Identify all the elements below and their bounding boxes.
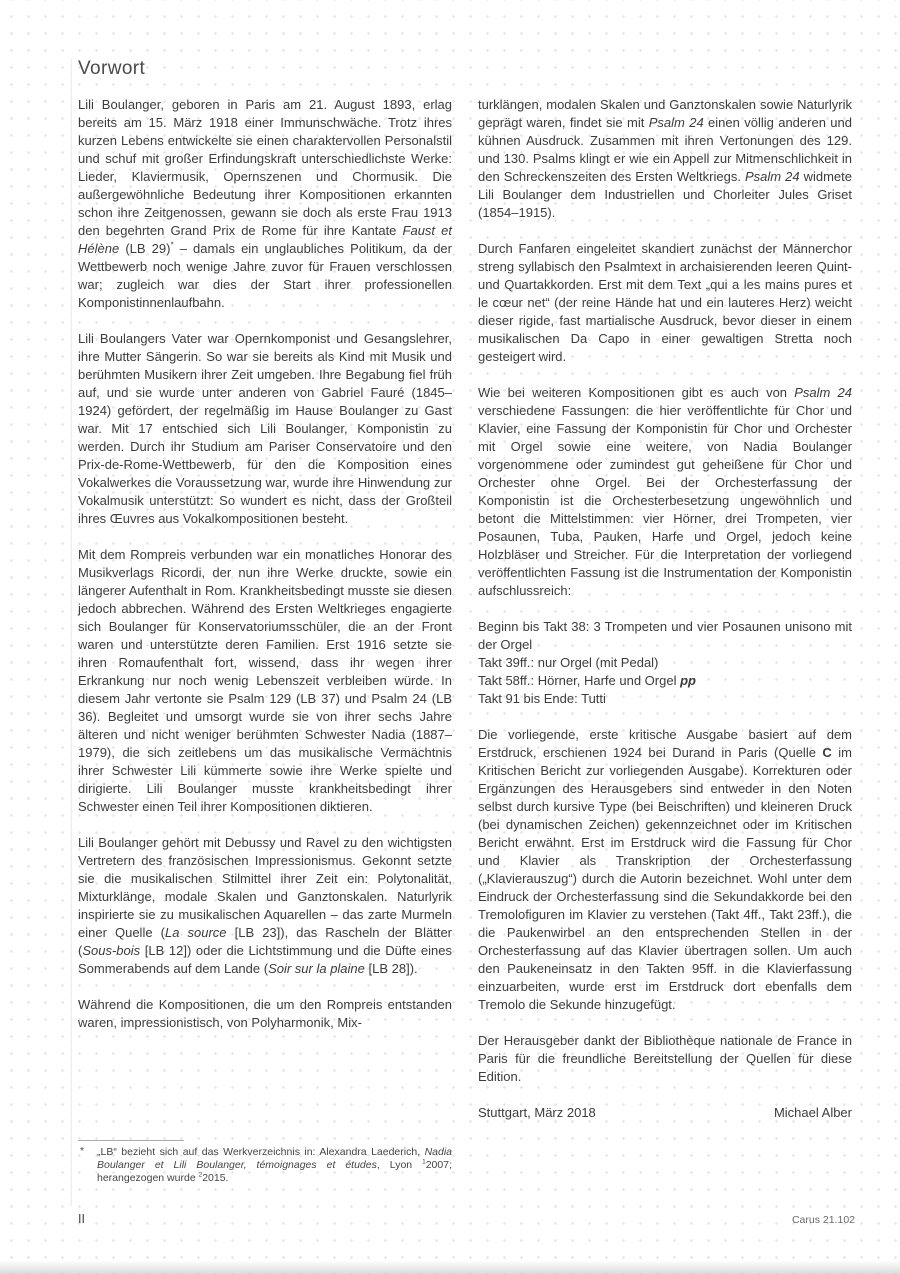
instrumentation-line-3: Takt 58ff.: Hörner, Harfe und Orgel pp bbox=[478, 672, 852, 690]
text-segment: C bbox=[822, 745, 831, 760]
text-segment: „LB“ bezieht sich auf das Werkverzeichni… bbox=[97, 1146, 425, 1158]
left-column: Lili Boulanger, geboren in Paris am 21. … bbox=[78, 96, 452, 1050]
text-segment: La source bbox=[165, 925, 227, 940]
footnote: * „LB“ bezieht sich auf das Werkverzeich… bbox=[78, 1146, 452, 1185]
text-segment: Beginn bis Takt 38: 3 Trompeten und vier… bbox=[478, 619, 852, 652]
paragraph-psalm24: turklängen, modalen Skalen und Ganztonsk… bbox=[478, 96, 852, 222]
paragraph-fassungen: Wie bei weiteren Kompositionen gibt es a… bbox=[478, 384, 852, 600]
footnote-text: „LB“ bezieht sich auf das Werkverzeichni… bbox=[78, 1146, 452, 1185]
text-segment: Wie bei weiteren Kompositionen gibt es a… bbox=[478, 385, 794, 400]
paragraph-fanfaren: Durch Fanfaren eingeleitet skandiert zun… bbox=[478, 240, 852, 366]
paragraph-stil: Lili Boulanger gehört mit Debussy und Ra… bbox=[78, 834, 452, 978]
text-segment: Takt 91 bis Ende: Tutti bbox=[478, 691, 606, 706]
text-segment: Takt 58ff.: Hörner, Harfe und Orgel bbox=[478, 673, 680, 688]
edition-number: Carus 21.102 bbox=[792, 1214, 855, 1226]
text-segment: Psalm 24 bbox=[649, 115, 704, 130]
footnote-divider bbox=[78, 1140, 184, 1141]
text-segment: Mit dem Rompreis verbunden war ein monat… bbox=[78, 547, 452, 814]
paragraph-bio-1: Lili Boulanger, geboren in Paris am 21. … bbox=[78, 96, 452, 312]
text-segment: Der Herausgeber dankt der Bibliothèque n… bbox=[478, 1033, 852, 1084]
footnote-marker: * bbox=[80, 1145, 84, 1158]
document-page: Vorwort Lili Boulanger, geboren in Paris… bbox=[0, 0, 900, 1274]
scan-crease-line bbox=[71, 60, 72, 1205]
text-segment: [LB 28]). bbox=[365, 961, 418, 976]
text-segment: pp bbox=[680, 673, 696, 688]
text-segment: Die vorliegende, erste kritische Ausgabe… bbox=[478, 727, 852, 760]
signature-row: Stuttgart, März 2018 Michael Alber bbox=[478, 1104, 852, 1122]
text-segment: , Lyon bbox=[377, 1159, 422, 1171]
page-footer: II Carus 21.102 bbox=[78, 1212, 855, 1226]
text-segment: 2015. bbox=[202, 1172, 228, 1184]
paragraph-ueberleitung: Während die Kompositionen, die um den Ro… bbox=[78, 996, 452, 1032]
text-segment: Sous-bois bbox=[82, 943, 140, 958]
page-title: Vorwort bbox=[78, 58, 145, 80]
instrumentation-line-2: Takt 39ff.: nur Orgel (mit Pedal) bbox=[478, 654, 852, 672]
signature-editor: Michael Alber bbox=[774, 1104, 852, 1122]
page-number: II bbox=[78, 1212, 85, 1226]
text-segment: Durch Fanfaren eingeleitet skandiert zun… bbox=[478, 241, 852, 364]
instrumentation-line-4: Takt 91 bis Ende: Tutti bbox=[478, 690, 852, 708]
paragraph-bio-2: Lili Boulangers Vater war Opernkomponist… bbox=[78, 330, 452, 528]
text-segment: Lili Boulanger, geboren in Paris am 21. … bbox=[78, 97, 452, 238]
text-segment: Soir sur la plaine bbox=[268, 961, 365, 976]
text-segment: Takt 39ff.: nur Orgel (mit Pedal) bbox=[478, 655, 658, 670]
text-segment: im Kritischen Bericht zur vorliegenden A… bbox=[478, 745, 852, 1012]
text-segment: Psalm 24 bbox=[745, 169, 800, 184]
paragraph-bio-3: Mit dem Rompreis verbunden war ein monat… bbox=[78, 546, 452, 816]
paragraph-dank: Der Herausgeber dankt der Bibliothèque n… bbox=[478, 1032, 852, 1086]
instrumentation-line-1: Beginn bis Takt 38: 3 Trompeten und vier… bbox=[478, 618, 852, 654]
text-segment: verschiedene Fassungen: die hier veröffe… bbox=[478, 403, 852, 598]
paragraph-edition: Die vorliegende, erste kritische Ausgabe… bbox=[478, 726, 852, 1014]
text-segment: Lili Boulangers Vater war Opernkomponist… bbox=[78, 331, 452, 526]
text-segment: Psalm 24 bbox=[794, 385, 852, 400]
right-column: turklängen, modalen Skalen und Ganztonsk… bbox=[478, 96, 852, 1122]
text-segment: (LB 29) bbox=[119, 241, 170, 256]
signature-place-date: Stuttgart, März 2018 bbox=[478, 1104, 596, 1122]
right-column-blocks: turklängen, modalen Skalen und Ganztonsk… bbox=[478, 96, 852, 1086]
text-segment: Während die Kompositionen, die um den Ro… bbox=[78, 997, 452, 1030]
